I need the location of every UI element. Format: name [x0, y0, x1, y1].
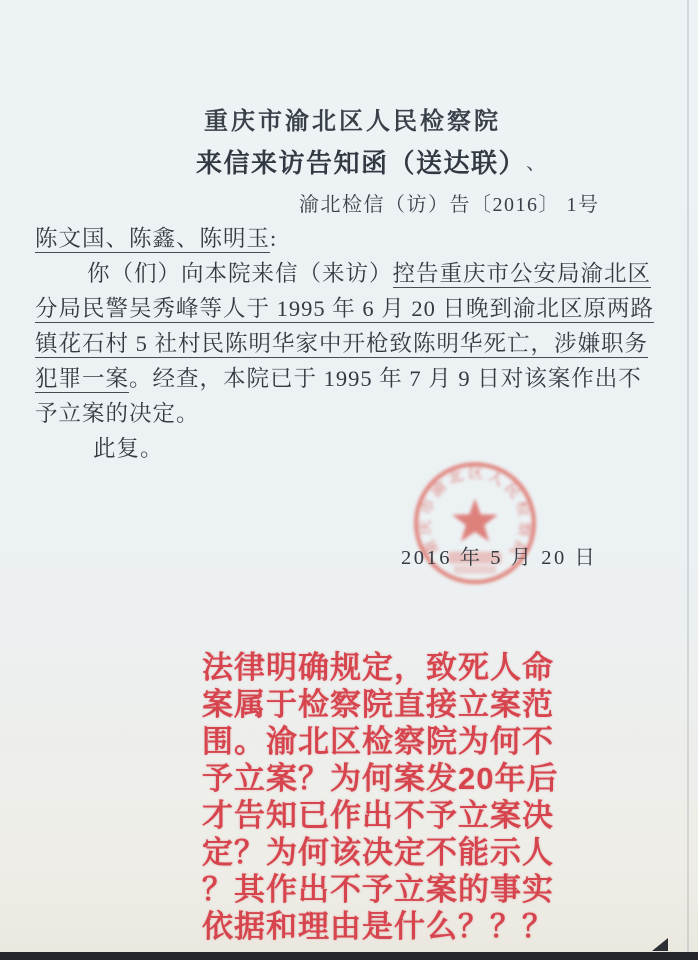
letter-line: 分局民警吴秀峰等人于 1995 年 6 月 20 日晚到渝北区原两路 — [35, 291, 650, 326]
annotation-line: 予立案？为何案发20年后 — [202, 760, 558, 797]
annotation-line: 案属于检察院直接立案范 — [202, 686, 558, 723]
annotation-line: 法律明确规定，致死人命 — [202, 649, 558, 686]
salutation-line: 陈文国、陈鑫、陈明玉: — [35, 221, 650, 256]
letter-underlined-text: 控告重庆市公安局渝北区 — [393, 261, 652, 288]
letter-body: 陈文国、陈鑫、陈明玉: 你（们）向本院来信（来访）控告重庆市公安局渝北区分局民警… — [35, 221, 650, 466]
document-page: 重庆市渝北区人民检察院 来信来访告知函（送达联） 、 渝北检信（访）告〔2016… — [0, 0, 698, 960]
salutation-colon: : — [270, 226, 277, 251]
annotation-line: ？其作出不予立案的事实 — [202, 871, 558, 908]
scan-right-edge — [687, 0, 689, 952]
scan-corner-mark — [652, 938, 668, 951]
letter-line: 你（们）向本院来信（来访）控告重庆市公安局渝北区 — [35, 256, 650, 291]
letter-text: 予立案的决定。 — [35, 401, 200, 426]
date-line: 2016 年 5 月 20 日 — [401, 540, 597, 570]
scan-bottom-edge — [0, 952, 698, 960]
letter-text: 你（们）向本院来信（来访） — [87, 261, 393, 286]
letter-underlined-text: 分局民警吴秀峰等人于 1995 年 6 月 20 日晚到渝北区原两路 — [35, 296, 654, 323]
annotation-line: 围。渝北区检察院为何不 — [202, 723, 558, 760]
seal-star-icon — [452, 498, 497, 541]
annotation-line: 依据和理由是什么？？？ — [202, 908, 558, 945]
letter-line: 镇花石村 5 社村民陈明华家中开枪致陈明华死亡，涉嫌职务 — [35, 326, 650, 361]
doc-title: 来信来访告知函（送达联） — [196, 143, 526, 180]
salutation-names: 陈文国、陈鑫、陈明玉 — [35, 226, 270, 253]
doc-number: 渝北检信（访）告〔2016〕 1号 — [299, 188, 600, 217]
annotation-line: 定？为何该决定不能示人 — [202, 834, 558, 871]
annotation-block: 法律明确规定，致死人命案属于检察院直接立案范围。渝北区检察院为何不予立案？为何案… — [202, 649, 558, 945]
official-seal: 重庆市渝北区人民检察院 — [406, 456, 544, 594]
stray-pen-mark: 、 — [526, 146, 546, 175]
letter-underlined-text: 镇花石村 5 社村民陈明华家中开枪致陈明华死亡，涉嫌职务 — [35, 331, 648, 358]
annotation-line: 才告知已作出不予立案决 — [202, 797, 558, 834]
letter-line: 予立案的决定。 — [35, 396, 650, 431]
org-name: 重庆市渝北区人民检察院 — [204, 101, 501, 136]
letter-underlined-text: 犯罪一案 — [35, 366, 129, 393]
letter-line: 犯罪一案。经查，本院已于 1995 年 7 月 9 日对该案作出不 — [35, 361, 650, 396]
letter-paragraph: 你（们）向本院来信（来访）控告重庆市公安局渝北区分局民警吴秀峰等人于 1995 … — [35, 256, 650, 431]
letter-text: 。经查，本院已于 1995 年 7 月 9 日对该案作出不 — [129, 366, 642, 391]
closing-line: 此复。 — [35, 431, 650, 466]
